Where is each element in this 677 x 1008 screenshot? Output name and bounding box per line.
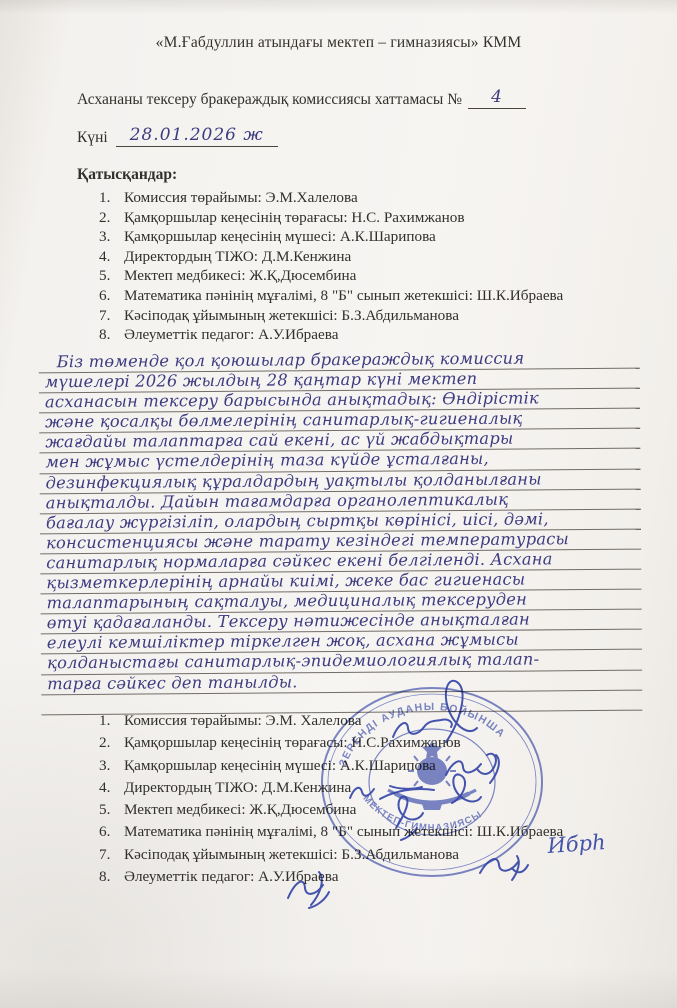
participant-row: 7.Кәсіподақ ұйымының жетекшісі: Б.З.Абди… <box>99 306 563 326</box>
protocol-number-line: Асхананы тексеру бракераждық комиссиясы … <box>77 88 526 109</box>
scanned-protocol-document: «М.Ғабдуллин атындағы мектеп – гимназияс… <box>0 0 677 1008</box>
signatories-list: 1.Комиссия төрайымы: Э.М. Халелова 2.Қам… <box>99 710 563 888</box>
participant-row: 3.Қамқоршылар кеңесінің мүшесі: А.К.Шари… <box>99 227 563 247</box>
handwritten-protocol-number: 4 <box>491 87 503 107</box>
participant-row: 8.Әлеуметтік педагог: А.У.Ибраева <box>99 325 563 345</box>
handwritten-date: 28.01.2026 ж <box>130 125 264 145</box>
handwritten-report-text: Біз төменде қол қоюшылар бракераждық ком… <box>39 349 643 715</box>
paper-shadow-top <box>0 0 677 14</box>
participant-row: 2.Қамқоршылар кеңесінің төрағасы: Н.С. Р… <box>99 208 563 228</box>
signatory-row: 1.Комиссия төрайымы: Э.М. Халелова <box>99 710 563 732</box>
signatory-row: 3.Қамқоршылар кеңесінің мүшесі: А.К.Шари… <box>99 755 563 777</box>
protocol-number-blank: 4 <box>468 88 526 109</box>
date-label: Күні <box>77 129 108 146</box>
paper-shadow-bottom <box>0 968 677 1008</box>
date-blank: 28.01.2026 ж <box>116 126 278 147</box>
participant-row: 5.Мектеп медбикесі: Ж.Қ,Дюсембина <box>99 266 563 286</box>
signatory-row: 7.Кәсіподақ ұйымының жетекшісі: Б.З.Абди… <box>99 844 563 866</box>
organization-title: «М.Ғабдуллин атындағы мектеп – гимназияс… <box>0 34 677 52</box>
participants-heading: Қатысқандар: <box>77 166 177 184</box>
participant-row: 1.Комиссия төрайымы: Э.М.Халелова <box>99 188 563 208</box>
participants-list: 1.Комиссия төрайымы: Э.М.Халелова 2.Қамқ… <box>99 188 563 345</box>
signatory-row: 4.Директордың ТІЖО: Д.М.Кенжина <box>99 777 563 799</box>
signatory-row: 8.Әлеуметтік педагог: А.У.Ибраева <box>99 866 563 888</box>
signatory-row: 6.Математика пәнінің мұғалімі, 8 "Б" сын… <box>99 821 563 843</box>
signatory-row: 5.Мектеп медбикесі: Ж.Қ,Дюсембина <box>99 799 563 821</box>
participant-row: 4.Директордың ТІЖО: Д.М.Кенжина <box>99 247 563 267</box>
participant-row: 6.Математика пәнінің мұғалімі, 8 "Б" сын… <box>99 286 563 306</box>
signatory-row: 2.Қамқоршылар кеңесінің төрағасы: Н.С.Ра… <box>99 732 563 754</box>
protocol-line-label: Асхананы тексеру бракераждық комиссиясы … <box>77 91 462 108</box>
date-line: Күні28.01.2026 ж <box>77 126 278 147</box>
